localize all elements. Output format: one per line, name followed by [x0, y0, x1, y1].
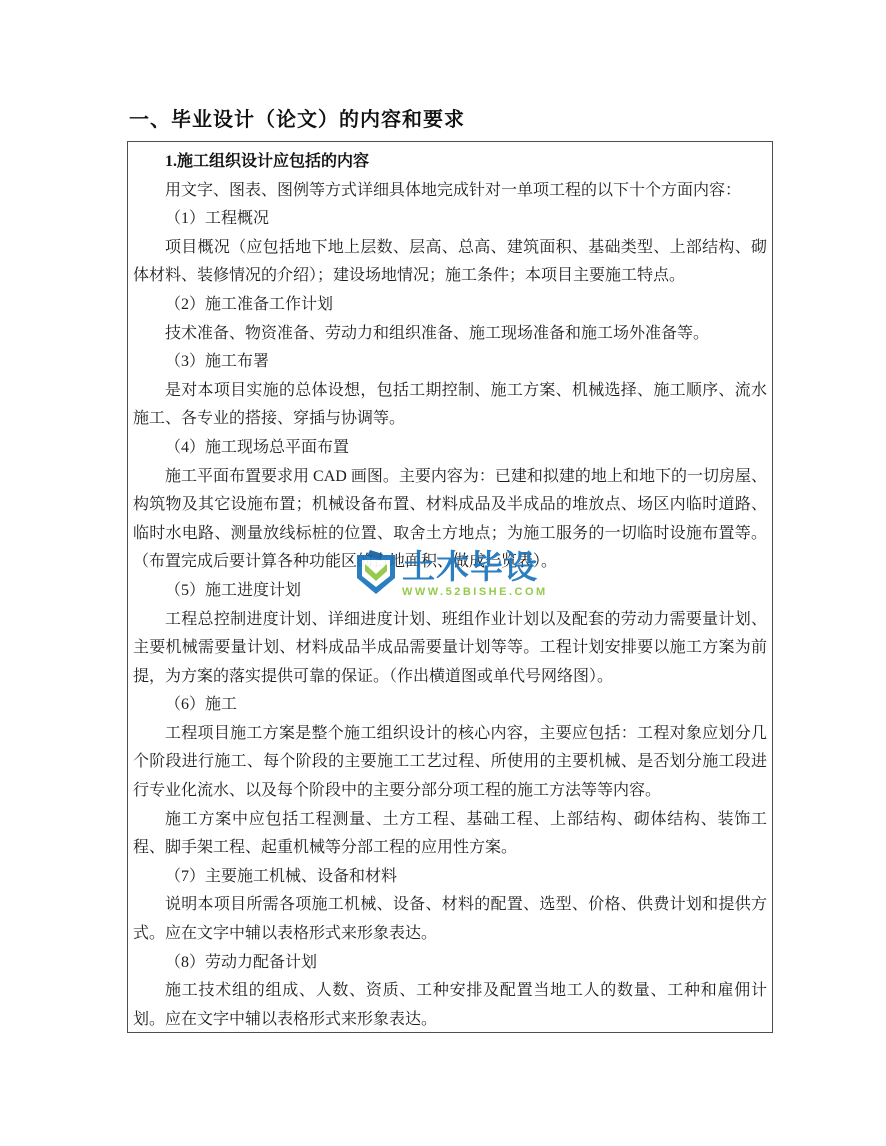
item-3: （3）施工布署 是对本项目实施的总体设想，包括工期控制、施工方案、机械选择、施工…: [133, 348, 767, 434]
item-label: （2）施工准备工作计划: [133, 291, 767, 320]
watermark-text: 土木毕设 WWW.52BISHE.COM: [402, 549, 548, 599]
item-label: （1）工程概况: [133, 205, 767, 234]
document-page: 一、毕业设计（论文）的内容和要求 1.施工组织设计应包括的内容 用文字、图表、图…: [0, 0, 886, 1146]
item-paragraph: 项目概况（应包括地下地上层数、层高、总高、建筑面积、基础类型、上部结构、砌体材料…: [133, 234, 767, 291]
item-paragraph: 说明本项目所需各项施工机械、设备、材料的配置、选型、价格、供费计划和提供方式。应…: [133, 891, 767, 948]
item-paragraph: 工程总控制进度计划、详细进度计划、班组作业计划以及配套的劳动力需要量计划、主要机…: [133, 606, 767, 692]
item-2: （2）施工准备工作计划 技术准备、物资准备、劳动力和组织准备、施工现场准备和施工…: [133, 291, 767, 348]
item-label: （7）主要施工机械、设备和材料: [133, 863, 767, 892]
item-8: （8）劳动力配备计划 施工技术组的组成、人数、资质、工种安排及配置当地工人的数量…: [133, 949, 767, 1035]
watermark-url: WWW.52BISHE.COM: [402, 585, 548, 599]
shield-book-icon: [354, 549, 398, 606]
section-heading: 1.施工组织设计应包括的内容: [133, 148, 767, 177]
item-label: （4）施工现场总平面布置: [133, 434, 767, 463]
item-paragraph: 施工技术组的组成、人数、资质、工种安排及配置当地工人的数量、工种和雇佣计划。应在…: [133, 977, 767, 1034]
item-label: （3）施工布署: [133, 348, 767, 377]
item-6: （6）施工 工程项目施工方案是整个施工组织设计的核心内容，主要应包括：工程对象应…: [133, 691, 767, 863]
item-label: （6）施工: [133, 691, 767, 720]
item-1: （1）工程概况 项目概况（应包括地下地上层数、层高、总高、建筑面积、基础类型、上…: [133, 205, 767, 291]
item-paragraph: 施工方案中应包括工程测量、土方工程、基础工程、上部结构、砌体结构、装饰工程、脚手…: [133, 806, 767, 863]
item-label: （8）劳动力配备计划: [133, 949, 767, 978]
watermark-brand: 土木毕设: [402, 549, 548, 585]
item-paragraph: 是对本项目实施的总体设想，包括工期控制、施工方案、机械选择、施工顺序、流水施工、…: [133, 377, 767, 434]
page-title: 一、毕业设计（论文）的内容和要求: [129, 103, 465, 132]
intro-paragraph: 用文字、图表、图例等方式详细具体地完成针对一单项工程的以下十个方面内容：: [133, 177, 767, 206]
item-paragraph: 工程项目施工方案是整个施工组织设计的核心内容，主要应包括：工程对象应划分几个阶段…: [133, 720, 767, 806]
item-paragraph: 技术准备、物资准备、劳动力和组织准备、施工现场准备和施工场外准备等。: [133, 320, 767, 349]
watermark: 土木毕设 WWW.52BISHE.COM: [354, 549, 548, 606]
item-7: （7）主要施工机械、设备和材料 说明本项目所需各项施工机械、设备、材料的配置、选…: [133, 863, 767, 949]
